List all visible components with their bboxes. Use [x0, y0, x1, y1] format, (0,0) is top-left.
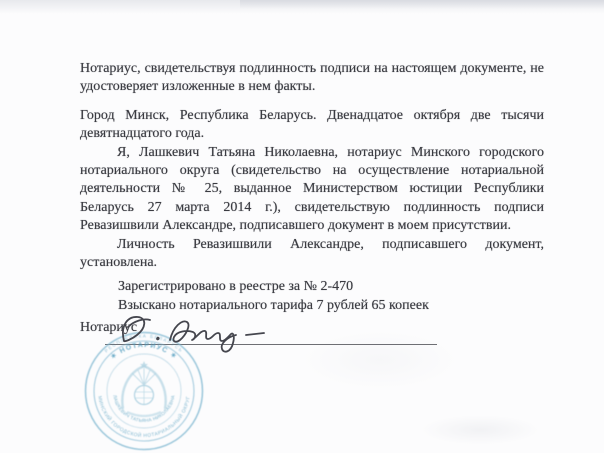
paragraph-attestation: Я, Лашкевич Татьяна Николаевна, нотариус…: [80, 144, 544, 236]
paragraph-identity: Личность Ревазишвили Александре, подписа…: [80, 236, 544, 273]
registry-number-line: Зарегистрировано в реестре за № 2-470: [118, 278, 544, 296]
scan-shadow-top-right: [240, 0, 604, 9]
paragraph-disclaimer: Нотариус, свидетельствуя подлинность под…: [80, 60, 544, 97]
paragraph-place-date: Город Минск, Республика Беларусь. Двенад…: [80, 107, 544, 144]
scan-smudge: [420, 415, 540, 445]
signature-row: Нотариус: [80, 319, 544, 361]
scan-shadow-top: [0, 0, 604, 14]
state-emblem: [122, 361, 165, 416]
document-body: Нотариус, свидетельствуя подлинность под…: [80, 60, 544, 361]
scanned-notarial-document: Нотариус, свидетельствуя подлинность под…: [0, 0, 604, 453]
handwritten-signature: [94, 303, 304, 357]
